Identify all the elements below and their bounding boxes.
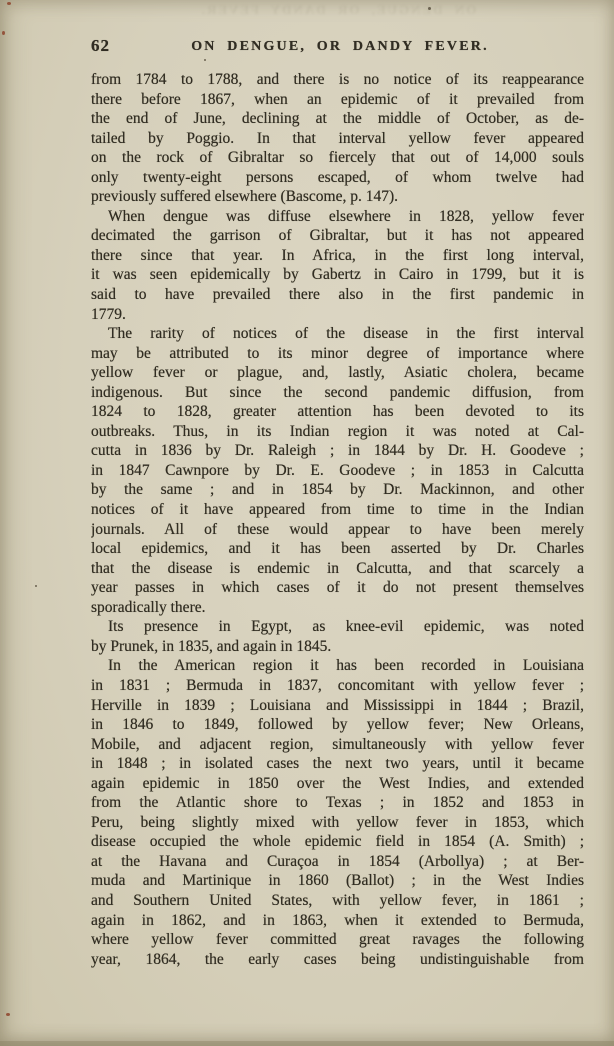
text-line: by Prunek, in 1835, and again in 1845.	[91, 637, 584, 657]
text-line: In the American region it has been recor…	[91, 656, 584, 676]
text-line: where yellow fever committed great ravag…	[91, 930, 584, 950]
text-block: from 1784 to 1788, and there is no notic…	[91, 70, 584, 969]
text-line: year passes in which cases of it do not …	[91, 578, 584, 598]
text-line: in 1846 to 1849, followed by yellow feve…	[91, 715, 584, 735]
text-line: there since that year. In Africa, in the…	[91, 246, 584, 266]
text-line: previously suffered elsewhere (Bascome, …	[91, 187, 584, 207]
text-line: muda and Martinique in 1860 (Ballot) ; i…	[91, 871, 584, 891]
paper-speck	[2, 31, 5, 35]
text-line: disease occupied the whole epidemic fiel…	[91, 832, 584, 852]
text-line: indigenous. But since the second pandemi…	[91, 383, 584, 403]
page-number: 62	[91, 36, 110, 56]
paper-speck	[204, 59, 206, 61]
scan-bottom-edge	[0, 1041, 614, 1046]
text-line: by the same ; and in 1854 by Dr. Mackinn…	[91, 480, 584, 500]
text-line: again epidemic in 1850 over the West Ind…	[91, 774, 584, 794]
text-line: that the disease is endemic in Calcutta,…	[91, 559, 584, 579]
text-line: notices of it have appeared from time to…	[91, 500, 584, 520]
text-line: in 1847 Cawnpore by Dr. E. Goodeve ; in …	[91, 461, 584, 481]
scanned-book-page: ON DENGUE, OR DANDY FEVER. 62 ON DENGUE,…	[0, 0, 614, 1046]
text-line: Herville in 1839 ; Louisiana and Mississ…	[91, 696, 584, 716]
paragraph: Its presence in Egypt, as knee-evil epid…	[91, 617, 584, 656]
text-line: in 1848 ; in isolated cases the next two…	[91, 754, 584, 774]
text-line: the end of June, declining at the middle…	[91, 109, 584, 129]
text-line: local epidemics, and it has been asserte…	[91, 539, 584, 559]
text-line: cutta in 1836 by Dr. Raleigh ; in 1844 b…	[91, 441, 584, 461]
text-line: decimated the garrison of Gibraltar, but…	[91, 226, 584, 246]
text-line: Peru, being slightly mixed with yellow f…	[91, 813, 584, 833]
text-line: outbreaks. Thus, in its Indian region it…	[91, 422, 584, 442]
text-line: When dengue was diffuse elsewhere in 182…	[91, 207, 584, 227]
text-line: only twenty-eight persons escaped, of wh…	[91, 168, 584, 188]
text-line: Mobile, and adjacent region, simultaneou…	[91, 735, 584, 755]
text-line: sporadically there.	[91, 598, 584, 618]
text-line: on the rock of Gibraltar so fiercely tha…	[91, 148, 584, 168]
text-line: year, 1864, the early cases being undist…	[91, 950, 584, 970]
text-line: again in 1862, and in 1863, when it exte…	[91, 911, 584, 931]
paper-speck	[6, 1013, 10, 1016]
text-line: in 1831 ; Bermuda in 1837, concomitant w…	[91, 676, 584, 696]
text-line: at the Havana and Curaçoa in 1854 (Arbol…	[91, 852, 584, 872]
text-line: tailed by Poggio. In that interval yello…	[91, 129, 584, 149]
paragraph: In the American region it has been recor…	[91, 656, 584, 969]
paragraph: When dengue was diffuse elsewhere in 182…	[91, 207, 584, 324]
text-line: and Southern United States, with yellow …	[91, 891, 584, 911]
text-line: 1779.	[91, 305, 584, 325]
text-line: 1824 to 1828, greater attention has been…	[91, 402, 584, 422]
running-title: ON DENGUE, OR DANDY FEVER.	[130, 39, 550, 55]
show-through-text: ON DENGUE, OR DANDY FEVER.	[92, 2, 584, 18]
paper-speck	[35, 585, 37, 587]
text-line: may be attributed to its minor degree of…	[91, 344, 584, 364]
text-line: The rarity of notices of the disease in …	[91, 324, 584, 344]
text-line: Its presence in Egypt, as knee-evil epid…	[91, 617, 584, 637]
text-line: yellow fever or plague, and, lastly, Asi…	[91, 363, 584, 383]
text-line: there before 1867, when an epidemic of i…	[91, 90, 584, 110]
paper-speck	[7, 2, 11, 5]
text-line: journals. All of these would appear to h…	[91, 520, 584, 540]
paper-speck	[428, 7, 431, 10]
paragraph: The rarity of notices of the disease in …	[91, 324, 584, 617]
text-line: said to have prevailed there also in the…	[91, 285, 584, 305]
text-line: from the Atlantic shore to Texas ; in 18…	[91, 793, 584, 813]
paragraph: from 1784 to 1788, and there is no notic…	[91, 70, 584, 207]
text-line: from 1784 to 1788, and there is no notic…	[91, 70, 584, 90]
text-line: it was seen epidemically by Gabertz in C…	[91, 265, 584, 285]
